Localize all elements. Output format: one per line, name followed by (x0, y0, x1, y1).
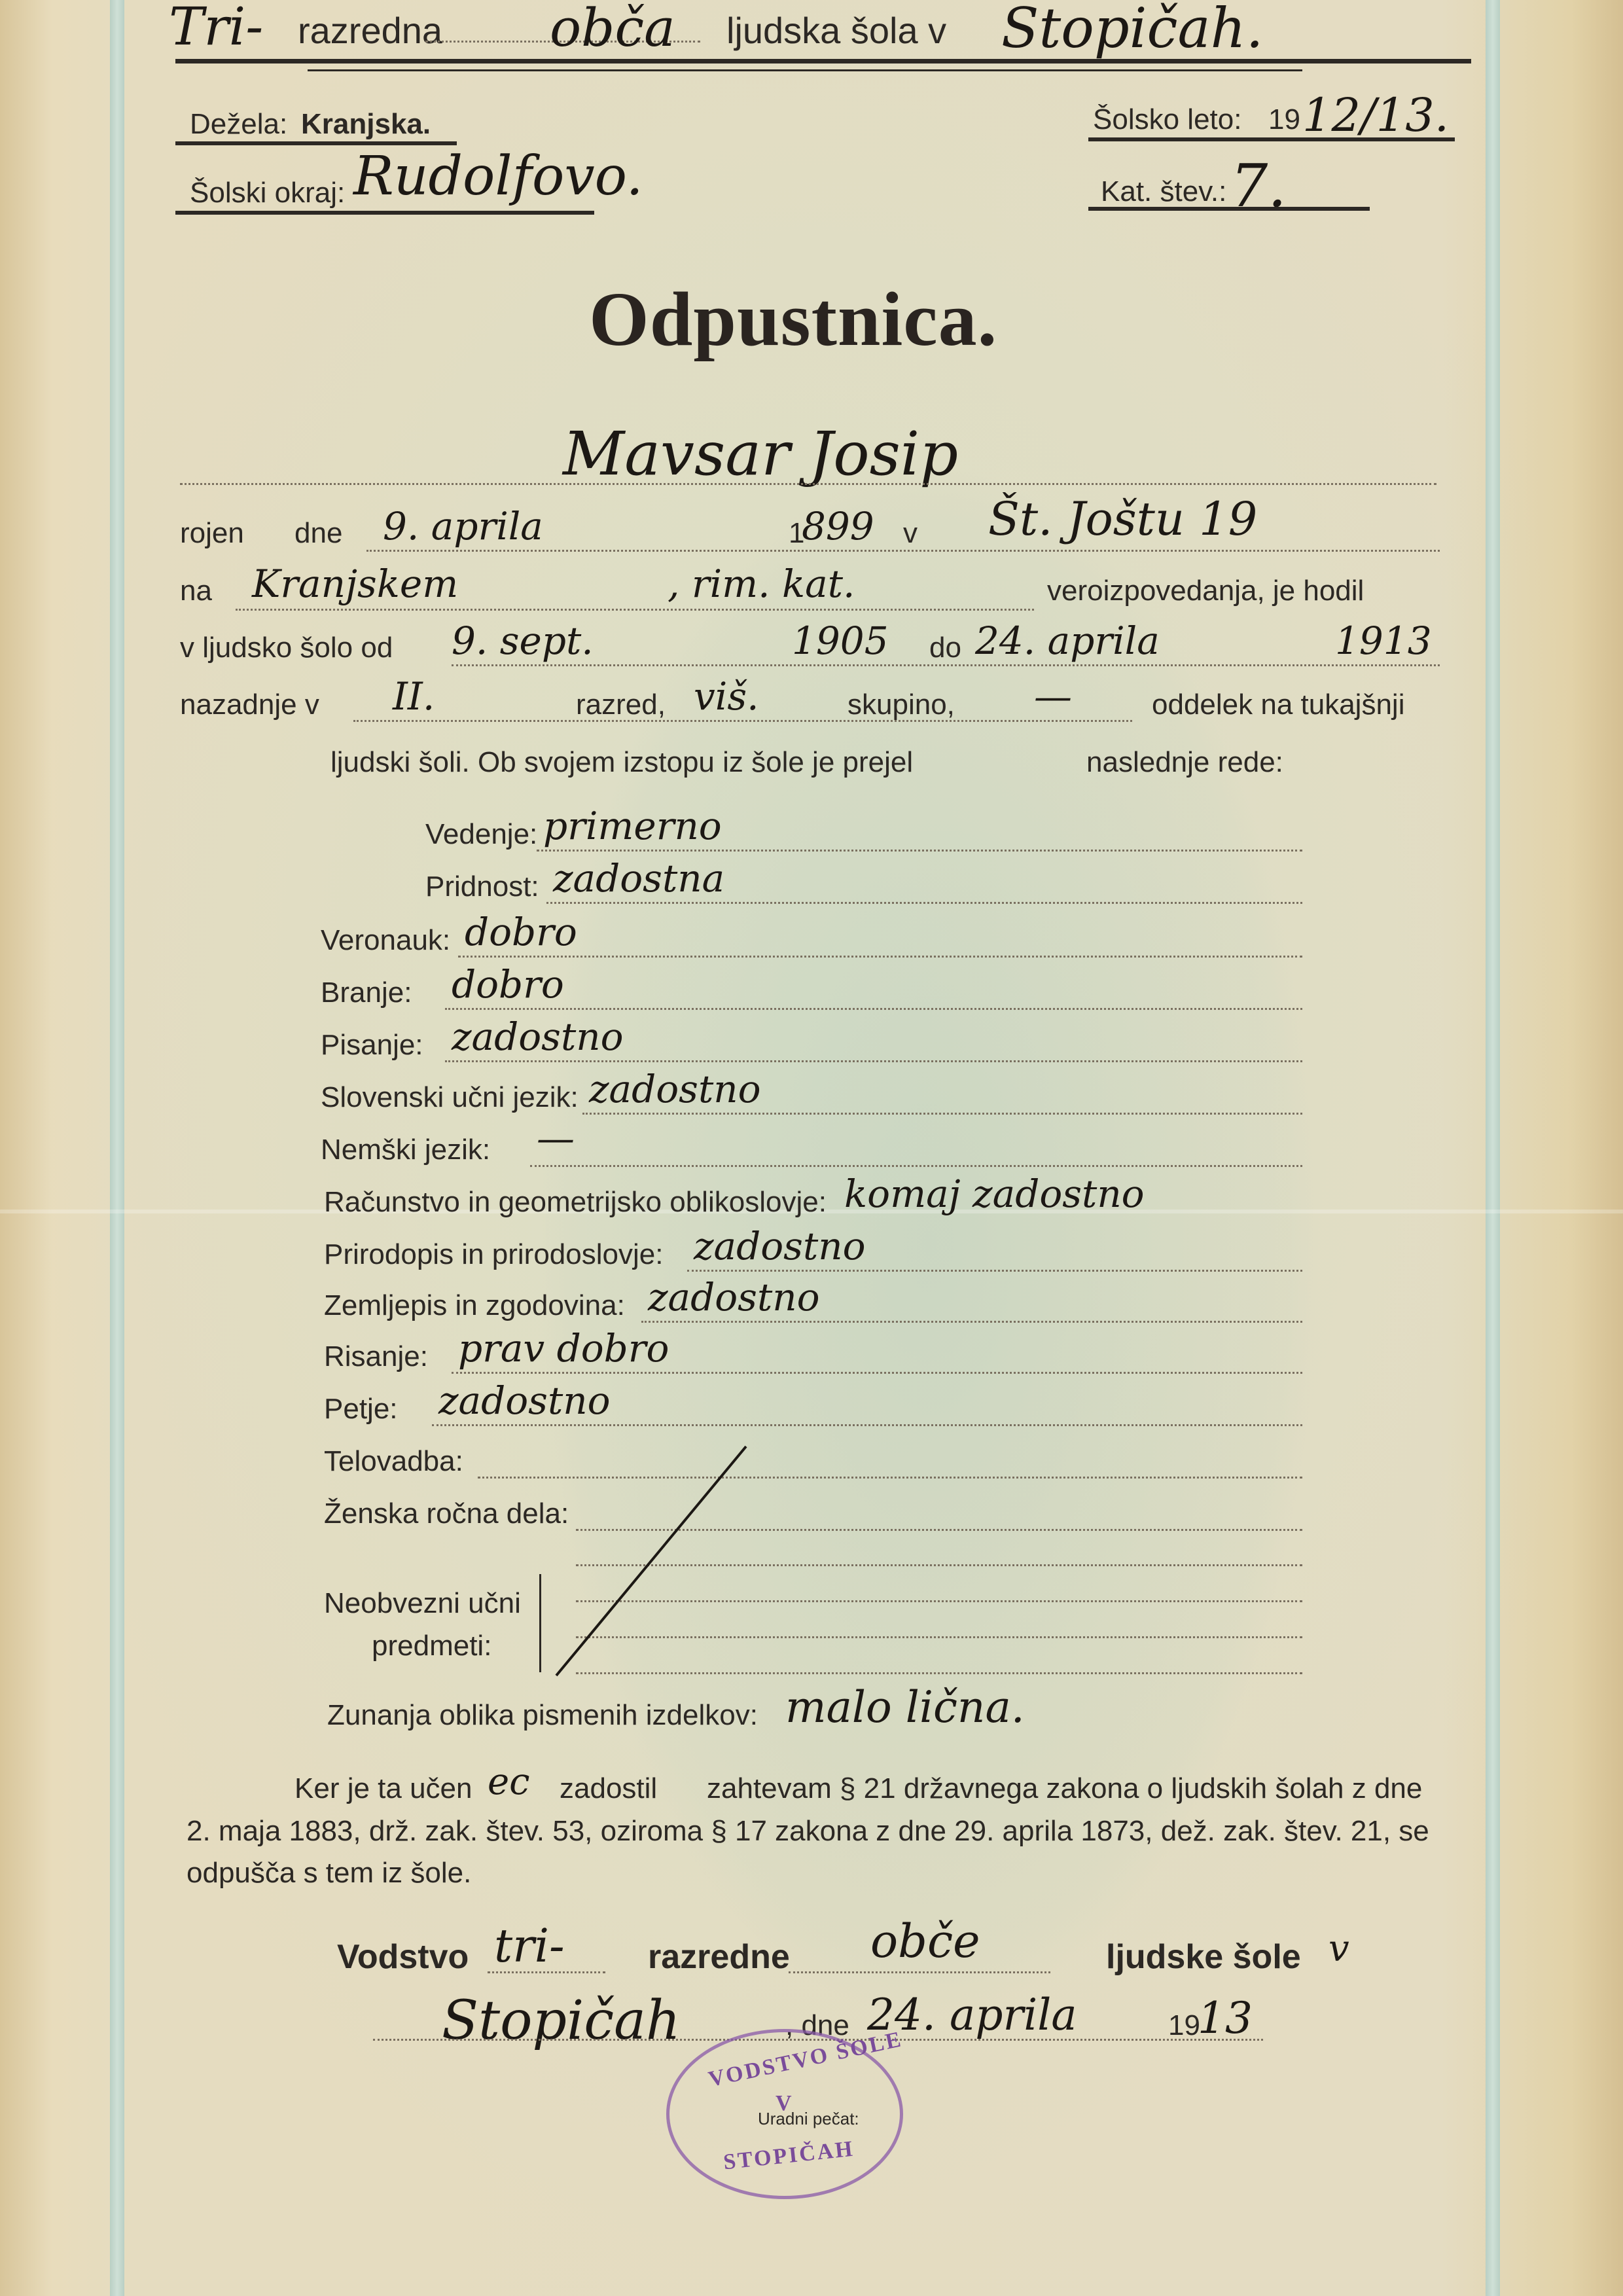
grade-subject: Branje: (321, 977, 412, 1009)
school-year-value: 12/13. (1302, 88, 1449, 142)
group-label: skupino, (847, 689, 955, 721)
school-to-year: 1913 (1335, 619, 1432, 663)
appearance-label: Zunanja oblika pismenih izdelkov: (327, 1699, 758, 1732)
region-value: Kranjskem (252, 562, 458, 606)
header-rule-thick (175, 59, 1471, 63)
legal-part1: Ker je ta učen (294, 1772, 473, 1805)
signature-dotline-1 (488, 1971, 605, 1973)
grade-dotline (458, 956, 1302, 958)
optional-brace (539, 1574, 541, 1672)
school-from-date: 9. sept. (452, 619, 594, 663)
section-value: — (1034, 674, 1072, 719)
group-value: viš. (694, 674, 759, 719)
born-day-label: dne (294, 517, 342, 550)
header-rule-thin (308, 69, 1302, 71)
grade-value: zadostna (553, 856, 724, 901)
grade-value: zadostno (438, 1378, 611, 1423)
grade-dotline (452, 1372, 1302, 1374)
school-to-date: 24. aprila (975, 619, 1160, 663)
grade-subject: Pisanje: (321, 1029, 423, 1062)
born-date: 9. aprila (383, 504, 543, 548)
grade-dotline (530, 1165, 1302, 1167)
school-to-label: do (929, 632, 961, 664)
grade-subject: Risanje: (324, 1340, 428, 1373)
born-label: rojen (180, 517, 244, 550)
grade-dotline (445, 1060, 1302, 1062)
grade-subject: Petje: (324, 1393, 398, 1426)
leadership-label: Vodstvo (337, 1937, 469, 1977)
left-ornamental-border (110, 0, 124, 2296)
grade-value: primerno (543, 804, 722, 848)
catalog-rule (1088, 207, 1370, 211)
signature-v-hw: v (1329, 1928, 1349, 1970)
section-label: oddelek na tukajšnji (1152, 689, 1404, 721)
grade-dotline (546, 902, 1302, 904)
catalog-label: Kat. štev.: (1101, 175, 1226, 208)
grade-dotline (687, 1270, 1302, 1272)
signature-place: Stopičah (442, 1990, 681, 2052)
grade-dotline (432, 1424, 1302, 1426)
signature-type-hw: obče (870, 1914, 980, 1968)
grade-subject: Veronauk: (321, 924, 450, 957)
optional-subjects-label-1: Neobvezni učni (324, 1587, 521, 1620)
born-in-label: v (903, 517, 918, 550)
sentence-end: ljudski šoli. Ob svojem izstopu iz šole … (330, 746, 913, 779)
right-ornamental-border (1486, 0, 1500, 2296)
optional-subjects-label-2: predmeti: (372, 1630, 491, 1662)
grade-dotline (445, 1008, 1302, 1010)
land-value: Kranjska. (301, 108, 431, 141)
header-school-type: obča (550, 0, 675, 58)
seal-label: Uradni pečat: (758, 2109, 859, 2129)
signature-dotline-2 (789, 1971, 1050, 1973)
school-year-label: Šolsko leto: (1093, 103, 1241, 136)
document-title: Odpustnica. (589, 275, 997, 364)
land-label: Dežela: (190, 108, 287, 141)
grade-value: dobro (465, 910, 577, 954)
grade-dotline (641, 1321, 1302, 1323)
born-year: 899 (802, 504, 874, 548)
born-dotline (366, 550, 1440, 552)
district-value: Rudolfovo. (353, 145, 643, 207)
school-year-rule (1088, 137, 1455, 141)
legal-part3: zahtevam § 21 državnega zakona o ljudski… (707, 1772, 1422, 1805)
grade-subject: Slovenski učni jezik: (321, 1081, 579, 1114)
class-dotline (353, 720, 1132, 722)
legal-line3: odpušča s tem iz šole. (187, 1857, 471, 1890)
name-dotline (180, 483, 1436, 485)
last-class-value: II. (393, 674, 435, 719)
signature-year-prefix: 19 (1168, 2009, 1200, 2042)
grade-value: dobro (452, 962, 564, 1007)
appearance-value: malo lična. (785, 1682, 1025, 1732)
last-class-label: nazadnje v (180, 689, 319, 721)
grade-subject: Pridnost: (425, 870, 539, 903)
header-class-handwritten: Tri- (169, 0, 263, 57)
religion-label: veroizpovedanja, je hodil (1047, 575, 1364, 607)
legal-suffix: ec (488, 1761, 530, 1803)
legal-part2: zadostil (560, 1772, 657, 1805)
grade-subject: Nemški jezik: (321, 1134, 490, 1166)
legal-line2: 2. maja 1883, drž. zak. štev. 53, ozirom… (187, 1815, 1429, 1848)
grade-dotline (582, 1113, 1302, 1115)
signature-class-hw: tri- (494, 1919, 565, 1973)
grade-subject: Prirodopis in prirodoslovje: (324, 1238, 663, 1271)
header-location: Stopičah. (1001, 0, 1263, 60)
grade-subject: Ženska ročna dela: (324, 1498, 569, 1530)
region-na-label: na (180, 575, 212, 607)
grade-subject: Vedenje: (425, 818, 537, 851)
grade-value: prav dobro (458, 1326, 669, 1371)
school-from-label: v ljudsko šolo od (180, 632, 393, 664)
school-year-prefix: 19 (1268, 103, 1300, 136)
grade-value: — (537, 1116, 575, 1160)
grades-intro: naslednje rede: (1086, 746, 1283, 779)
grade-value: zadostno (452, 1014, 624, 1059)
religion-value: , rim. kat. (668, 562, 855, 606)
school-dotline (452, 664, 1440, 666)
header-class-printed: razredna (298, 9, 442, 52)
header-school-label: ljudska šola v (726, 9, 946, 52)
grade-subject: Računstvo in geometrijsko oblikoslovje: (324, 1186, 827, 1219)
student-name: Mavsar Josip (563, 419, 958, 489)
class-label: razred, (576, 689, 666, 721)
grade-value: zadostno (694, 1224, 866, 1268)
grade-subject: Zemljepis in zgodovina: (324, 1289, 625, 1322)
signature-year: 13 (1198, 1993, 1253, 2043)
grade-value: zadostno (589, 1067, 761, 1111)
signature-class-label: razredne (648, 1937, 790, 1977)
grade-subject: Telovadba: (324, 1445, 463, 1478)
grade-value: zadostno (648, 1275, 820, 1319)
grade-value: komaj zadostno (844, 1172, 1145, 1216)
born-place: Št. Joštu 19 (988, 492, 1257, 546)
signature-school-label: ljudske šole (1106, 1937, 1301, 1977)
region-dotline (236, 609, 1034, 611)
grade-dotline (537, 850, 1302, 852)
strike-through-line (543, 1440, 759, 1682)
district-label: Šolski okraj: (190, 177, 345, 209)
district-rule (175, 211, 594, 215)
school-from-year: 1905 (792, 619, 889, 663)
